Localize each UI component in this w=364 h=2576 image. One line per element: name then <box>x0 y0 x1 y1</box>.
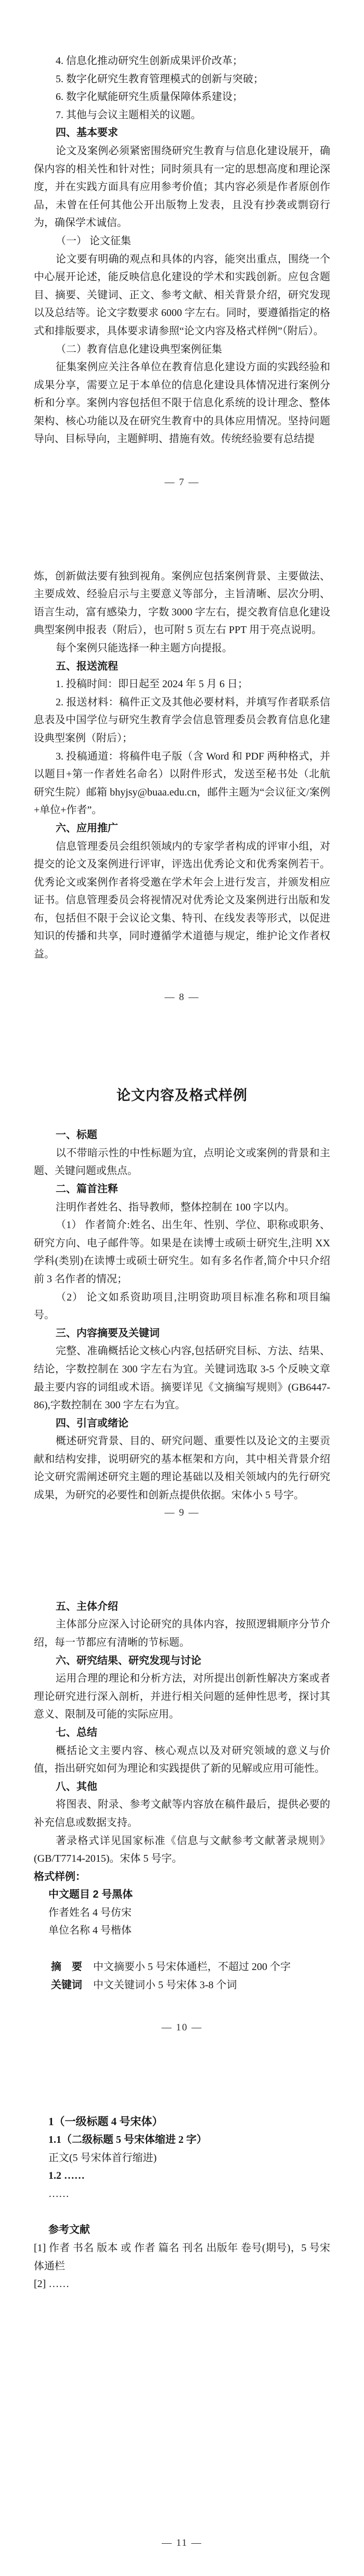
page-8: 炼，创新做法要有独到视角。案例应包括案例背景、主要做法、主要成效、经验启示与主要… <box>0 515 364 1031</box>
paragraph-introduction: 概述研究背景、目的、研究问题、重要性以及论文的主要贡献和结构安排，说明研究的基本… <box>34 1432 330 1504</box>
section-heading-header-note: 二、篇首注释 <box>34 1180 330 1198</box>
format-sample-heading: 格式样例： <box>34 1868 330 1886</box>
paragraph-case-collection: 征集案例应关注各单位在教育信息化建设方面的实践经验和成果分享，需要立足于本单位的… <box>34 358 330 448</box>
paragraph-submission-materials: 2. 报送材料：稿件正文及其他必要材料，并填写作者联系信息表及中国学位与研究生教… <box>34 693 330 748</box>
section-heading-title: 一、标题 <box>34 1126 330 1144</box>
section-heading-main-body: 五、主体介绍 <box>34 1598 330 1616</box>
section-heading-summary: 七、总结 <box>34 1724 330 1742</box>
paragraph-application-promotion: 信息管理委员会组织领域内的专家学者构成的评审小组，对提交的论文及案例进行评审，评… <box>34 838 330 964</box>
paragraph-submission-channel: 3. 投稿通道：将稿件电子版（含 Word 和 PDF 两种格式，并以题目+第一… <box>34 748 330 819</box>
page-number: — 8 — <box>0 992 364 1003</box>
keywords-text: 中文关键词小 5 号宋体 3-8 个词 <box>93 1979 237 1991</box>
paragraph-one-topic-per-case: 每个案例只能选择一种主题方向提报。 <box>34 639 330 658</box>
paragraph-case-collection-continued: 炼，创新做法要有独到视角。案例应包括案例背景、主要做法、主要成效、经验启示与主要… <box>34 567 330 639</box>
sample-keywords-line: 关键词中文关键词小 5 号宋体 3-8 个词 <box>34 1976 330 1994</box>
sample-level1-heading: 1（一级标题 4 号宋体） <box>34 2113 330 2131</box>
paragraph-funding-note: （2） 论文如系资助项目,注明资助项目标准名称和项目编号。 <box>34 1289 330 1324</box>
reference-item-2: [2] …… <box>34 2275 330 2293</box>
page-11: 1（一级标题 4 号宋体） 1.1（二级标题 5 号宋体缩进 2 字） 正文(5… <box>0 2061 364 2576</box>
list-item-topic-7: 7. 其他与会议主题相关的议题。 <box>34 106 330 124</box>
reference-item-1: [1] 作者 书名 版本 或 作者 篇名 刊名 出版年 卷号(期号)，5 号宋体… <box>34 2239 330 2275</box>
list-item-topic-6: 6. 数字化赋能研究生质量保障体系建设； <box>34 88 330 106</box>
abstract-text: 中文摘要小 5 号宋体通栏，不超过 200 个字 <box>93 1961 291 1973</box>
paragraph-author-bio: （1） 作者简介:姓名、出生年、性别、学位、职称或职务、研究方向、电子邮件等。如… <box>34 1216 330 1288</box>
paragraph-basic-requirements: 论文及案例必须紧密围绕研究生教育与信息化建设展开，确保内容的相关性和针对性；同时… <box>34 142 330 232</box>
paragraph-main-body: 主体部分应深入讨论研究的具体内容，按照逻辑顺序分节介绍，每一节都应有清晰的节标题… <box>34 1615 330 1651</box>
paragraph-title-guideline: 以不带暗示性的中性标题为宜，点明论文或案例的背景和主题、关键问题或焦点。 <box>34 1144 330 1180</box>
list-item-topic-4: 4. 信息化推动研究生创新成果评价改革； <box>34 52 330 70</box>
sample-abstract-line: 摘 要中文摘要小 5 号宋体通栏，不超过 200 个字 <box>34 1958 330 1976</box>
paragraph-citation-standard: 著录格式详见国家标准《信息与文献参考文献著录规则》(GB/T7714-2015)… <box>34 1832 330 1868</box>
paragraph-others: 将图表、附录、参考文献等内容放在稿件最后，提供必要的补充信息或数据支持。 <box>34 1796 330 1832</box>
list-item-topic-5: 5. 数字化研究生教育管理模式的创新与突破； <box>34 70 330 89</box>
paragraph-results-discussion: 运用合理的理论和分析方法，对所提出创新性解决方案或者理论研究进行深入剖析，并进行… <box>34 1670 330 1724</box>
paragraph-abstract-keywords: 完整、准确概括论文核心内容,包括研究目标、方法、结果、结论，字数控制在 300 … <box>34 1342 330 1414</box>
abstract-label: 摘 要 <box>51 1961 82 1973</box>
subsection-heading-case-collection: （二）教育信息化建设典型案例征集 <box>34 340 330 359</box>
sample-section-1-2: 1.2 …… <box>34 2167 330 2185</box>
page-10: 五、主体介绍 主体部分应深入讨论研究的具体内容，按照逻辑顺序分节介绍，每一节都应… <box>0 1546 364 2061</box>
sample-body-text: 正文(5 号宋体首行缩进) <box>34 2149 330 2167</box>
section-heading-basic-requirements: 四、基本要求 <box>34 124 330 142</box>
paragraph-header-note: 注明作者姓名、指导教师，整体控制在 100 字以内。 <box>34 1198 330 1217</box>
page-number: — 7 — <box>0 477 364 488</box>
subsection-heading-paper-collection: （一） 论文征集 <box>34 232 330 250</box>
section-heading-abstract-keywords: 三、内容摘要及关键词 <box>34 1324 330 1343</box>
keywords-label: 关键词 <box>51 1979 82 1991</box>
paragraph-submission-deadline: 1. 投稿时间：即日起至 2024 年 5 月 6 日； <box>34 675 330 693</box>
paragraph-summary: 概括论文主要内容、核心观点以及对研究领域的意义与价值，指出研究如何为理论和实践提… <box>34 1742 330 1778</box>
references-heading: 参考文献 <box>34 2221 330 2239</box>
page-number: — 9 — <box>0 1507 364 1519</box>
document: 4. 信息化推动研究生创新成果评价改革； 5. 数字化研究生教育管理模式的创新与… <box>0 0 364 2576</box>
page-7: 4. 信息化推动研究生创新成果评价改革； 5. 数字化研究生教育管理模式的创新与… <box>0 0 364 515</box>
page-number: — 10 — <box>0 2022 364 2034</box>
section-heading-results-discussion: 六、研究结果、研究发现与讨论 <box>34 1652 330 1670</box>
section-heading-application-promotion: 六、应用推广 <box>34 819 330 838</box>
attachment-title: 论文内容及格式样例 <box>34 1083 330 1107</box>
sample-level2-heading: 1.1（二级标题 5 号宋体缩进 2 字） <box>34 2131 330 2149</box>
page-number: — 11 — <box>0 2537 364 2549</box>
page-9: 论文内容及格式样例 一、标题 以不带暗示性的中性标题为宜，点明论文或案例的背景和… <box>0 1030 364 1546</box>
section-heading-others: 八、其他 <box>34 1778 330 1796</box>
sample-ellipsis: …… <box>34 2185 330 2203</box>
section-heading-introduction: 四、引言或绪论 <box>34 1415 330 1433</box>
section-heading-submission-process: 五、报送流程 <box>34 658 330 676</box>
sample-affiliation: 单位名称 4 号楷体 <box>34 1922 330 1940</box>
paragraph-paper-collection: 论文要有明确的观点和具体的内容，能突出重点，围绕一个中心展开论述，能反映信息化建… <box>34 250 330 340</box>
sample-chinese-title: 中文题目 2 号黑体 <box>34 1886 330 1904</box>
sample-author-name: 作者姓名 4 号仿宋 <box>34 1904 330 1922</box>
